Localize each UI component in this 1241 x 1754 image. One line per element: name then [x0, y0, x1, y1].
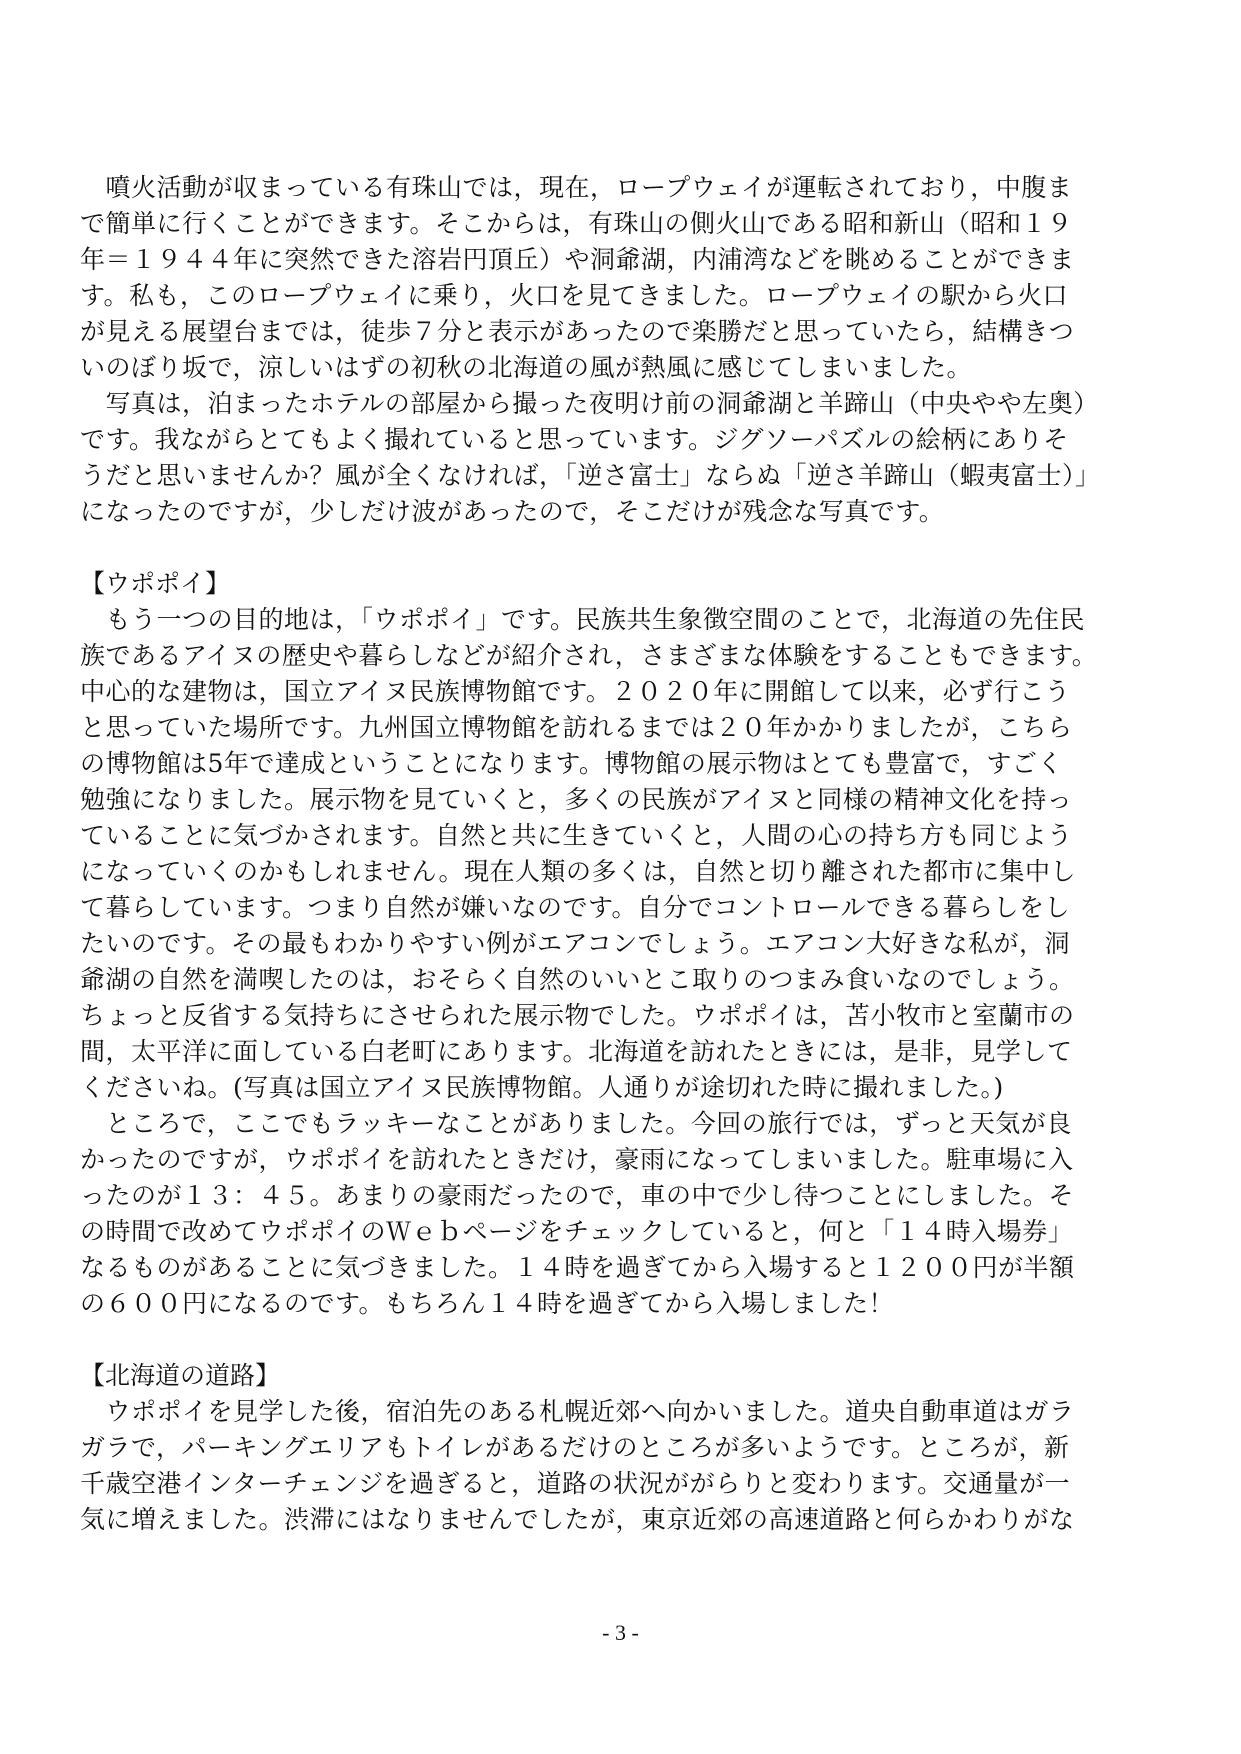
text-line: す。私も，このロープウェイに乗り，火口を見てきました。ロープウェイの駅から火口 — [80, 278, 1165, 314]
text-line: なるものがあることに気づきました。１４時を過ぎてから入場すると１２００円が半額 — [80, 1250, 1165, 1286]
text-line: いのぼり坂で，涼しいはずの初秋の北海道の風が熱風に感じてしまいました。 — [80, 350, 1165, 386]
text-line: かったのですが，ウポポイを訪れたときだけ，豪雨になってしまいました。駐車場に入 — [80, 1142, 1165, 1178]
text-line: たいのです。その最もわかりやすい例がエアコンでしょう。エアコン大好きな私が，洞 — [80, 926, 1165, 962]
text-line: 爺湖の自然を満喫したのは，おそらく自然のいいとこ取りのつまみ食いなのでしょう。 — [80, 962, 1165, 998]
text-line: ていることに気づかされます。自然と共に生きていくと，人間の心の持ち方も同じよう — [80, 818, 1165, 854]
text-line: 気に増えました。渋滞にはなりませんでしたが，東京近郊の高速道路と何らかわりがな — [80, 1502, 1165, 1538]
text-line: ったのが１３：４５。あまりの豪雨だったので，車の中で少し待つことにしました。そ — [80, 1178, 1165, 1214]
text-line: 勉強になりました。展示物を見ていくと，多くの民族がアイヌと同様の精神文化を持っ — [80, 782, 1165, 818]
text-line: ところで，ここでもラッキーなことがありました。今回の旅行では，ずっと天気が良 — [80, 1106, 1165, 1142]
text-line: うだと思いませんか？風が全くなければ，「逆さ富士」ならぬ「逆さ羊蹄山（蝦夷富士）… — [80, 458, 1165, 494]
section-hokkaido-roads: 【北海道の道路】 ウポポイを見学した後，宿泊先のある札幌近郊へ向かいました。道央… — [80, 1358, 1165, 1538]
text-line: の時間で改めてウポポイのＷｅｂページをチェックしていると，何と「１４時入場券」 — [80, 1214, 1165, 1250]
section-heading: 【北海道の道路】 — [80, 1358, 1165, 1394]
text-line: 写真は，泊まったホテルの部屋から撮った夜明け前の洞爺湖と羊蹄山（中央やや左奥） — [80, 386, 1165, 422]
text-line: もう一つの目的地は，「ウポポイ」です。民族共生象徴空間のことで，北海道の先住民 — [80, 602, 1165, 638]
spacer — [80, 1322, 1165, 1358]
text-line: の６００円になるのです。もちろん１４時を過ぎてから入場しました！ — [80, 1286, 1165, 1322]
text-line: 族であるアイヌの歴史や暮らしなどが紹介され，さまざまな体験をすることもできます。 — [80, 638, 1165, 674]
text-line: 年＝１９４４年に突然できた溶岩円頂丘）や洞爺湖，内浦湾などを眺めることができま — [80, 242, 1165, 278]
document-page: 噴火活動が収まっている有珠山では，現在，ロープウェイが運転されており，中腹ま で… — [80, 170, 1165, 1538]
text-line: 中心的な建物は，国立アイヌ民族博物館です。２０２０年に開館して以来，必ず行こう — [80, 674, 1165, 710]
text-line: 間，太平洋に面している白老町にあります。北海道を訪れたときには，是非，見学して — [80, 1034, 1165, 1070]
text-line: ちょっと反省する気持ちにさせられた展示物でした。ウポポイは，苫小牧市と室蘭市の — [80, 998, 1165, 1034]
text-line: が見える展望台までは，徒歩７分と表示があったので楽勝だと思っていたら，結構きつ — [80, 314, 1165, 350]
text-line: ウポポイを見学した後，宿泊先のある札幌近郊へ向かいました。道央自動車道はガラ — [80, 1394, 1165, 1430]
spacer — [80, 530, 1165, 566]
text-line: の博物館は5年で達成ということになります。博物館の展示物はとても豊富で，すごく — [80, 746, 1165, 782]
text-line: くださいね。(写真は国立アイヌ民族博物館。人通りが途切れた時に撮れました。) — [80, 1070, 1165, 1106]
paragraph-upopoy-ticket: ところで，ここでもラッキーなことがありました。今回の旅行では，ずっと天気が良 か… — [80, 1106, 1165, 1322]
section-upopoy: 【ウポポイ】 もう一つの目的地は，「ウポポイ」です。民族共生象徴空間のことで，北… — [80, 566, 1165, 1322]
text-line: です。我ながらとてもよく撮れていると思っています。ジグソーパズルの絵柄にありそ — [80, 422, 1165, 458]
page-number: - 3 - — [0, 1620, 1241, 1646]
text-line: になっていくのかもしれません。現在人類の多くは，自然と切り離された都市に集中し — [80, 854, 1165, 890]
section-heading: 【ウポポイ】 — [80, 566, 1165, 602]
text-line: で簡単に行くことができます。そこからは，有珠山の側火山である昭和新山（昭和１９ — [80, 206, 1165, 242]
paragraph-roads: ウポポイを見学した後，宿泊先のある札幌近郊へ向かいました。道央自動車道はガラ ガ… — [80, 1394, 1165, 1538]
text-line: ガラで，パーキングエリアもトイレがあるだけのところが多いようです。ところが，新 — [80, 1430, 1165, 1466]
paragraph-photo-toyako: 写真は，泊まったホテルの部屋から撮った夜明け前の洞爺湖と羊蹄山（中央やや左奥） … — [80, 386, 1165, 530]
text-line: と思っていた場所です。九州国立博物館を訪れるまでは２０年かかりましたが，こちら — [80, 710, 1165, 746]
paragraph-usuzan-ropeway: 噴火活動が収まっている有珠山では，現在，ロープウェイが運転されており，中腹ま で… — [80, 170, 1165, 386]
text-line: 千歳空港インターチェンジを過ぎると，道路の状況ががらりと変わります。交通量が一 — [80, 1466, 1165, 1502]
text-line: 噴火活動が収まっている有珠山では，現在，ロープウェイが運転されており，中腹ま — [80, 170, 1165, 206]
text-line: になったのですが，少しだけ波があったので，そこだけが残念な写真です。 — [80, 494, 1165, 530]
paragraph-upopoy-museum: もう一つの目的地は，「ウポポイ」です。民族共生象徴空間のことで，北海道の先住民 … — [80, 602, 1165, 1106]
text-line: て暮らしています。つまり自然が嫌いなのです。自分でコントロールできる暮らしをし — [80, 890, 1165, 926]
